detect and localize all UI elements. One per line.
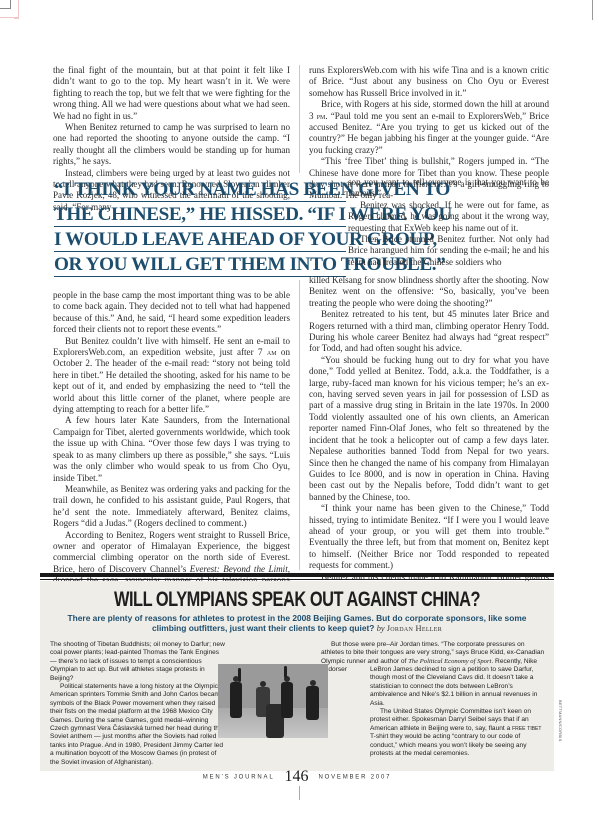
pull-quote-line: OR YOU WILL GET THEM INTO TROUBLE.”: [54, 253, 346, 277]
paragraph: A few hours later Kate Saunders, from th…: [53, 415, 290, 483]
byline: by Jordan Heller: [377, 624, 442, 633]
paragraph: The shooting of Tibetan Buddhists; oil m…: [50, 641, 225, 683]
paragraph: the final fight of the mountain, but at …: [53, 65, 290, 122]
sidebar-rule: [40, 579, 554, 580]
paragraph: LeBron James declined to sign a petition…: [370, 666, 547, 708]
crop-mark: [0, 0, 11, 9]
figure: [306, 686, 319, 720]
paragraph: killed Kelsang for snow blindness shortl…: [309, 275, 549, 309]
paragraph: But Benitez couldn’t live with himself. …: [53, 336, 290, 416]
sidebar-column-1: The shooting of Tibetan Buddhists; oil m…: [50, 641, 225, 767]
column-divider: [299, 65, 300, 173]
figure: [281, 682, 293, 718]
pull-quote-line: I WOULD LEAVE AHEAD OF YOUR GROUP,: [54, 228, 346, 252]
sidebar-rule: [40, 573, 554, 577]
sidebar-dek: There are plenty of reasons for athletes…: [60, 613, 534, 634]
sidebar-column-2-bottom: LeBron James declined to sign a petition…: [370, 666, 547, 758]
crop-mark: [299, 786, 300, 800]
pull-quote-line: “I THINK YOUR NAME HAS BEEN GIVEN TO: [54, 178, 346, 202]
paragraph: son you want to tell everyone is that yo…: [348, 177, 549, 200]
issue-date: NOVEMBER 2007: [318, 774, 391, 780]
folio: MEN’S JOURNAL 146 NOVEMBER 2007: [0, 768, 594, 786]
page-edge-rule: [592, 0, 593, 20]
paragraph: Benitez retreated to his tent, but 45 mi…: [309, 309, 549, 355]
figure: [230, 682, 242, 718]
olympic-protest-photo: [218, 664, 328, 738]
paragraph: “You should be fucking hung out to dry f…: [309, 355, 549, 503]
pull-quote-line: THE CHINESE,” HE HISSED. “IF I WERE YOU: [54, 203, 346, 227]
paragraph: Meanwhile, as Benitez was ordering yaks …: [53, 484, 290, 530]
paragraph: Then Brice stunned Benitez further. Not …: [348, 234, 549, 268]
paragraph: Political statements have a long history…: [50, 683, 225, 767]
pull-quote: “I THINK YOUR NAME HAS BEEN GIVEN TO THE…: [54, 178, 346, 278]
paragraph: The United States Olympic Committee isn’…: [370, 708, 547, 758]
paragraph: runs ExplorersWeb.com with his wife Tina…: [309, 65, 549, 99]
paragraph: “I think your name has been given to the…: [309, 503, 549, 571]
article-column-2-narrow: son you want to tell everyone is that yo…: [348, 177, 549, 268]
photo-credit: BETTMANN/CORBIS: [558, 700, 563, 741]
magazine-name: MEN’S JOURNAL: [203, 774, 275, 780]
article-column-2-bottom: killed Kelsang for snow blindness shortl…: [309, 275, 549, 617]
column-divider: [299, 280, 300, 570]
crop-mark: [0, 17, 18, 18]
paragraph: Benitez was shocked. If he were out for …: [348, 200, 549, 234]
page-number: 146: [284, 768, 308, 785]
paragraph: people in the base camp the most importa…: [53, 290, 290, 336]
paragraph: When Benitez returned to camp he was sur…: [53, 122, 290, 168]
sidebar-headline: WILL OLYMPIANS SPEAK OUT AGAINST CHINA?: [97, 588, 498, 612]
paragraph: Brice, with Rogers at his side, stormed …: [309, 99, 549, 156]
